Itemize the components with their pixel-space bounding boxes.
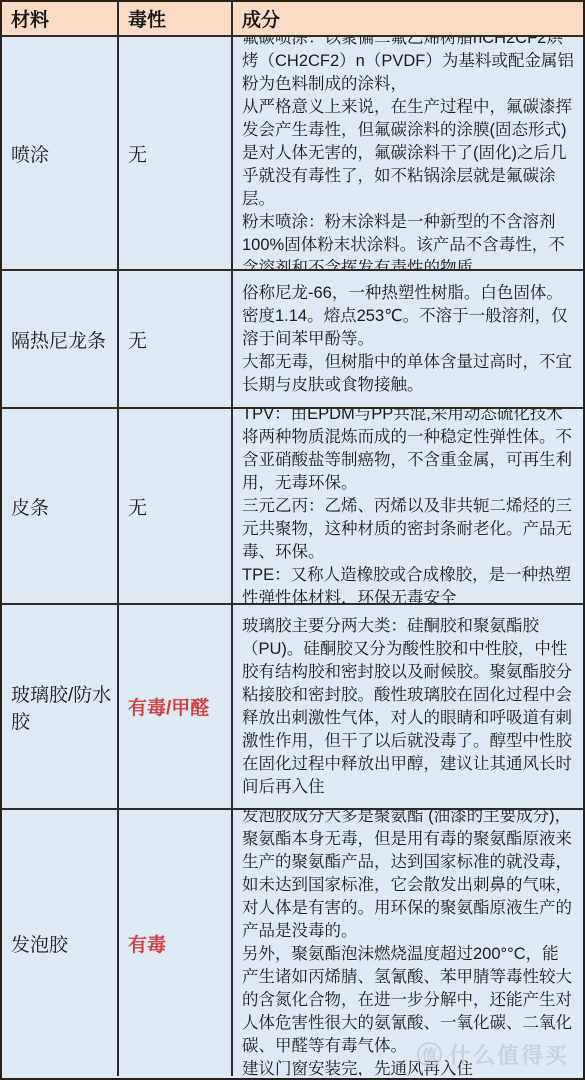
header-material: 材料 bbox=[2, 2, 119, 35]
composition-cell: 发泡胶成分大多是聚氨酯 (油漆的主要成分)，聚氨酯本身无毒，但是用有毒的聚氨酯原… bbox=[233, 810, 583, 1076]
composition-cell: 玻璃胶主要分两大类：硅酮胶和聚氨酯胶（PU)。硅酮胶又分为酸性胶和中性胶，中性胶… bbox=[233, 605, 583, 808]
composition-cell: TPV：由EPDM与PP共混,采用动态硫化技术将两种物质混炼而成的一种稳定性弹性… bbox=[233, 409, 583, 603]
toxicity-cell: 有毒/甲醛 bbox=[119, 605, 233, 808]
table-row: 发泡胶 有毒 发泡胶成分大多是聚氨酯 (油漆的主要成分)，聚氨酯本身无毒，但是用… bbox=[2, 808, 583, 1076]
table-row: 皮条 无 TPV：由EPDM与PP共混,采用动态硫化技术将两种物质混炼而成的一种… bbox=[2, 407, 583, 603]
material-toxicity-table: 材料 毒性 成分 喷涂 无 氟碳喷涂：以聚偏二氟乙烯树脂nCH2CF2烘烤（CH… bbox=[0, 0, 585, 1080]
toxicity-cell: 无 bbox=[119, 409, 233, 603]
material-cell: 喷涂 bbox=[2, 37, 119, 269]
table-row: 喷涂 无 氟碳喷涂：以聚偏二氟乙烯树脂nCH2CF2烘烤（CH2CF2）n（PV… bbox=[2, 35, 583, 269]
material-cell: 皮条 bbox=[2, 409, 119, 603]
composition-cell: 俗称尼龙-66，一种热塑性树脂。白色固体。密度1.14。熔点253℃。不溶于一般… bbox=[233, 271, 583, 407]
material-cell: 隔热尼龙条 bbox=[2, 271, 119, 407]
toxicity-cell: 无 bbox=[119, 37, 233, 269]
table-row: 玻璃胶/防水胶 有毒/甲醛 玻璃胶主要分两大类：硅酮胶和聚氨酯胶（PU)。硅酮胶… bbox=[2, 603, 583, 808]
header-composition: 成分 bbox=[233, 2, 583, 35]
composition-cell: 氟碳喷涂：以聚偏二氟乙烯树脂nCH2CF2烘烤（CH2CF2）n（PVDF）为基… bbox=[233, 37, 583, 269]
material-cell: 玻璃胶/防水胶 bbox=[2, 605, 119, 808]
table-row: 隔热尼龙条 无 俗称尼龙-66，一种热塑性树脂。白色固体。密度1.14。熔点25… bbox=[2, 269, 583, 407]
material-cell: 发泡胶 bbox=[2, 810, 119, 1076]
header-toxicity: 毒性 bbox=[119, 2, 233, 35]
toxicity-cell: 有毒 bbox=[119, 810, 233, 1076]
toxicity-cell: 无 bbox=[119, 271, 233, 407]
table-header-row: 材料 毒性 成分 bbox=[2, 2, 583, 35]
